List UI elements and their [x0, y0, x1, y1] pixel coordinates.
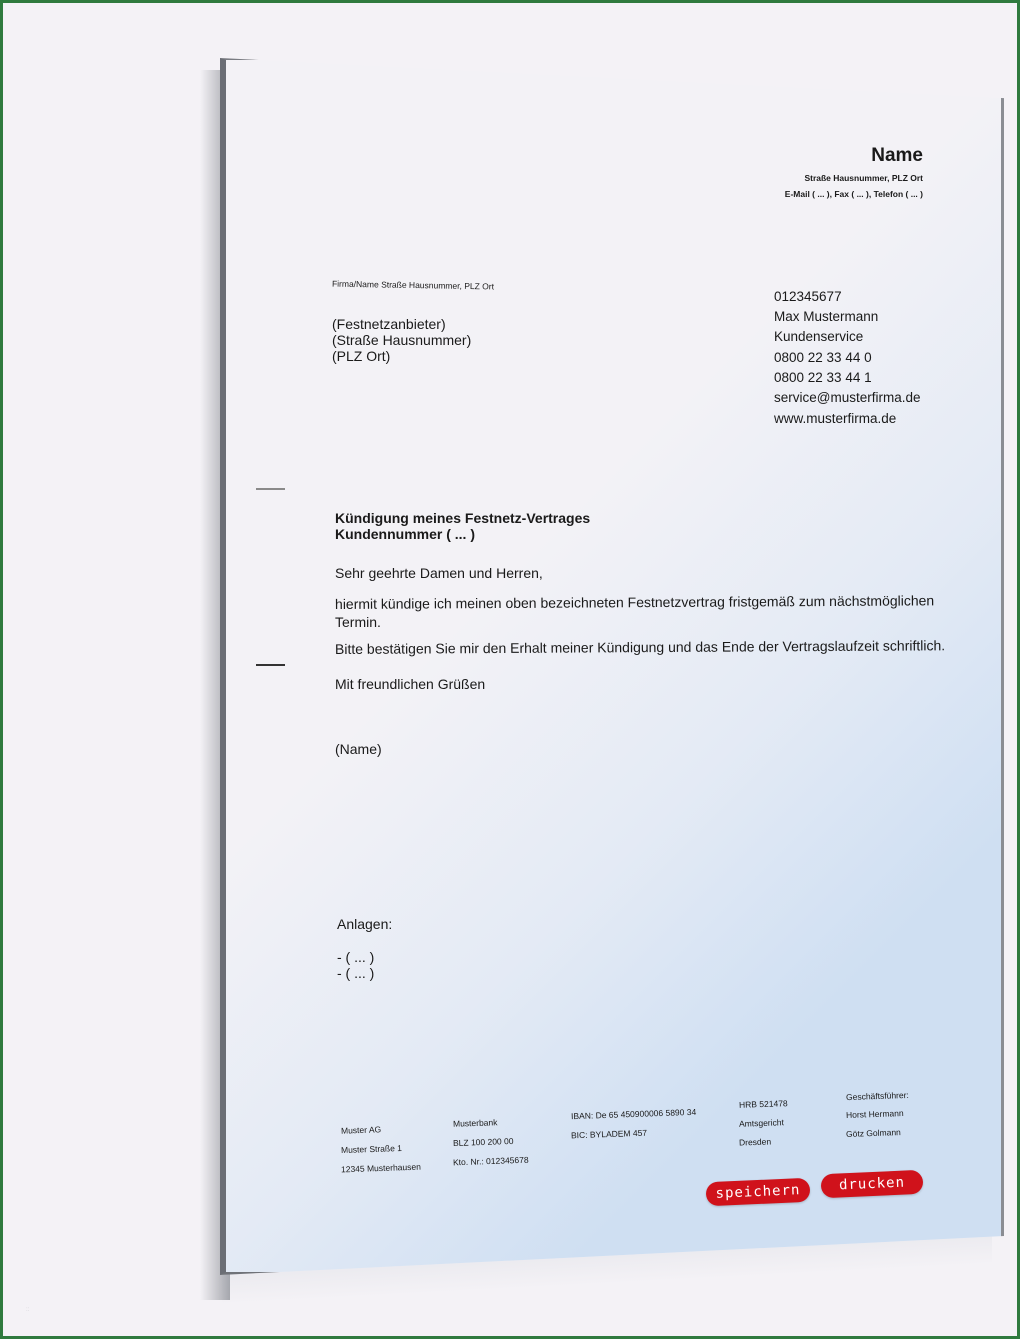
footer-company-street: Muster Straße 1	[341, 1143, 402, 1155]
signature: (Name)	[335, 741, 382, 757]
letterhead-name: Name	[871, 145, 923, 167]
footer-bank-code: BLZ 100 200 00	[453, 1136, 514, 1148]
footer-court-city: Dresden	[739, 1136, 771, 1147]
recipient-line: (Festnetzanbieter)	[332, 316, 446, 332]
recipient-line: (Straße Hausnummer)	[332, 332, 471, 348]
save-button[interactable]: speichern	[706, 1178, 811, 1207]
subject-line: Kündigung meines Festnetz-Vertrages	[335, 510, 590, 526]
info-department: Kundenservice	[774, 329, 863, 344]
closing: Mit freundlichen Grüßen	[335, 676, 485, 692]
watermark-mark: ::	[26, 1307, 29, 1313]
print-button[interactable]: drucken	[821, 1170, 924, 1198]
letterhead-address: Straße Hausnummer, PLZ Ort	[804, 173, 923, 183]
letterhead-contact: E-Mail ( ... ), Fax ( ... ), Telefon ( .…	[785, 189, 923, 199]
recipient-line: (PLZ Ort)	[332, 348, 390, 364]
attachment-item: - ( ... )	[337, 949, 374, 965]
footer-company-name: Muster AG	[341, 1124, 381, 1135]
info-fax: 0800 22 33 44 1	[774, 370, 872, 385]
subject-customer-number: Kundennummer ( ... )	[335, 526, 475, 542]
punch-mark	[256, 664, 285, 666]
footer-manager-2: Götz Golmann	[846, 1127, 901, 1139]
footer-register-number: HRB 521478	[739, 1098, 788, 1110]
attachments-label: Anlagen:	[337, 916, 392, 932]
footer-bank-name: Musterbank	[453, 1117, 498, 1129]
body-paragraph-1-cont: Termin.	[335, 614, 381, 630]
info-phone: 0800 22 33 44 0	[774, 350, 872, 365]
info-website: www.musterfirma.de	[774, 411, 896, 426]
footer-court: Amtsgericht	[739, 1117, 784, 1129]
attachment-item: - ( ... )	[337, 965, 374, 981]
fold-mark	[256, 488, 285, 490]
footer-manager-1: Horst Hermann	[846, 1108, 904, 1120]
info-contact-person: Max Mustermann	[774, 309, 878, 324]
salutation: Sehr geehrte Damen und Herren,	[335, 565, 543, 581]
info-email: service@musterfirma.de	[774, 390, 921, 405]
info-customer-number: 012345677	[774, 289, 842, 304]
